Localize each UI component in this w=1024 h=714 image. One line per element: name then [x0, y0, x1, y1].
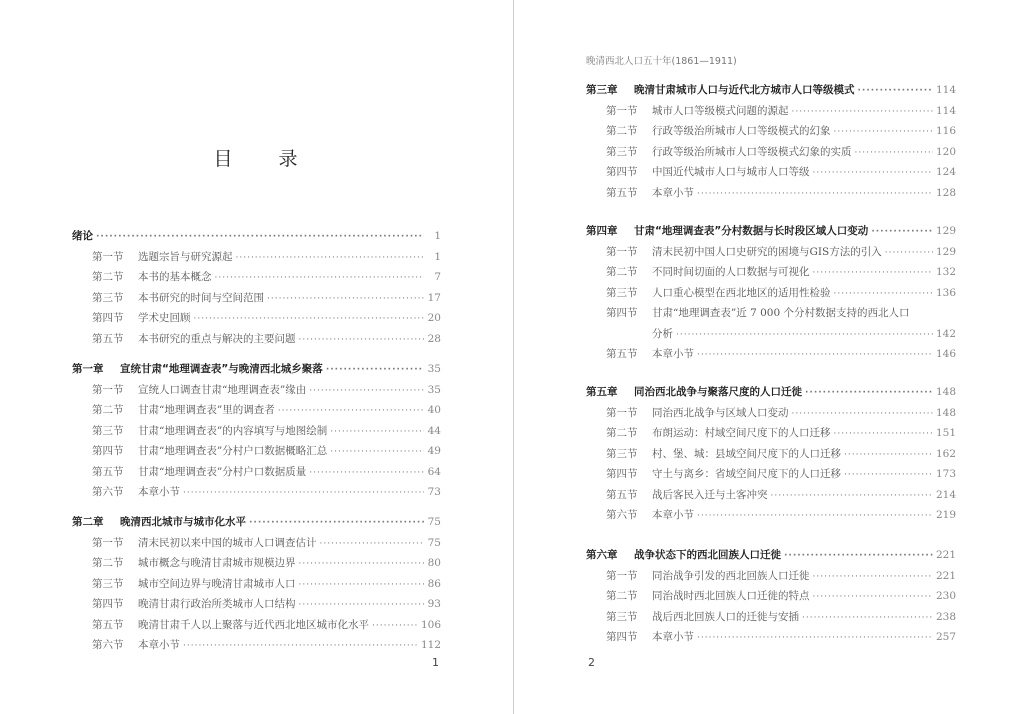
toc-group-chapter-5: 第五章 同治西北战争与聚落尺度的人口迁徙 148 第一节 同治西北战争与区域人口…: [586, 382, 956, 526]
entry-page-number: 64: [427, 462, 441, 483]
leader-dots: [697, 345, 933, 365]
entry-page-number: 148: [936, 382, 956, 403]
entry-label: 本书研究的时间与空间范围: [138, 288, 264, 309]
toc-entry-chapter[interactable]: 第五章 同治西北战争与聚落尺度的人口迁徙 148: [586, 382, 956, 403]
leader-dots: [372, 616, 418, 636]
leader-dots: [299, 330, 425, 350]
entry-page-number: 257: [936, 627, 956, 648]
toc-entry[interactable]: 第六节 本章小节 112: [72, 635, 441, 656]
entry-page-number: 1: [427, 226, 441, 247]
toc-title: 目录: [0, 144, 513, 171]
section-number: 第三节: [606, 444, 652, 465]
entry-page-number: 214: [936, 485, 956, 506]
leader-dots: [309, 381, 424, 401]
section-number: 第一节: [92, 533, 138, 554]
entry-label: 清末民初以来中国的城市人口调查估计: [138, 533, 317, 554]
toc-entry[interactable]: 第三节 战后西北回族人口的迁徙与安插 238: [586, 607, 956, 628]
entry-label: 行政等级治所城市人口等级模式幻象的实质: [652, 142, 852, 163]
entry-label: 本章小节: [652, 627, 694, 648]
leader-dots: [792, 404, 933, 424]
section-number: 第二节: [606, 423, 652, 444]
chapter-number: 第四章: [586, 221, 634, 242]
toc-entry[interactable]: 第四节 守土与离乡：省域空间尺度下的人口迁移 173: [586, 464, 956, 485]
section-number: 第三节: [606, 607, 652, 628]
leader-dots: [834, 122, 933, 142]
entry-page-number: 148: [936, 403, 956, 424]
toc-entry[interactable]: 第二节 行政等级治所城市人口等级模式的幻象 116: [586, 121, 956, 142]
entry-label: 同治西北战争与聚落尺度的人口迁徙: [634, 382, 802, 403]
toc-entry-chapter[interactable]: 第四章 甘肃“地理调查表”分村数据与长时段区域人口变动 129: [586, 221, 956, 242]
entry-page-number: 40: [427, 400, 441, 421]
entry-label: 不同时间切面的人口数据与可视化: [652, 262, 810, 283]
toc-entry[interactable]: 第六节 本章小节 219: [586, 505, 956, 526]
section-number: 第六节: [92, 635, 138, 656]
entry-label: 行政等级治所城市人口等级模式的幻象: [652, 121, 831, 142]
leader-dots: [183, 636, 418, 656]
running-header: 晚清西北人口五十年(1861—1911): [586, 53, 737, 67]
leader-dots: [834, 284, 933, 304]
section-number: 第二节: [606, 121, 652, 142]
entry-label: 同治战时西北回族人口迁徙的特点: [652, 586, 810, 607]
leader-dots: [278, 401, 424, 421]
leader-dots: [309, 463, 424, 483]
leader-dots: [855, 143, 933, 163]
leader-dots: [813, 567, 933, 587]
entry-page-number: 35: [427, 359, 441, 380]
leader-dots: [813, 263, 933, 283]
toc-entry-chapter[interactable]: 第二章 晚清西北城市与城市化水平 75: [72, 512, 441, 533]
section-number: 第二节: [92, 400, 138, 421]
toc-entry[interactable]: 第四节 本章小节 257: [586, 627, 956, 648]
section-number: 第五节: [92, 615, 138, 636]
entry-label: 城市人口等级模式问题的源起: [652, 101, 789, 122]
section-number: 第五节: [606, 183, 652, 204]
entry-label: 守土与离乡：省域空间尺度下的人口迁移: [652, 464, 841, 485]
entry-label: 甘肃“地理调查表”里的调查者: [138, 400, 275, 421]
leader-dots: [813, 587, 933, 607]
leader-dots: [834, 424, 933, 444]
chapter-number: 第一章: [72, 359, 120, 380]
leader-dots: [697, 628, 933, 648]
entry-page-number: 129: [936, 242, 956, 263]
entry-page-number: 17: [427, 288, 441, 309]
section-number: 第四节: [606, 627, 652, 648]
toc-entry[interactable]: 第三节 城市空间边界与晚清甘肃城市人口 86: [72, 574, 441, 595]
entry-page-number: 80: [427, 553, 441, 574]
entry-label: 同治西北战争与区域人口变动: [652, 403, 789, 424]
section-number: 第三节: [92, 288, 138, 309]
entry-label: 中国近代城市人口与城市人口等级: [652, 162, 810, 183]
leader-dots: [858, 81, 933, 101]
toc-entry[interactable]: 第二节 不同时间切面的人口数据与可视化 132: [586, 262, 956, 283]
entry-page-number: 221: [936, 545, 956, 566]
toc-entry[interactable]: 第四节 中国近代城市人口与城市人口等级 124: [586, 162, 956, 183]
entry-label: 甘肃“地理调查表”分村数据与长时段区域人口变动: [634, 221, 868, 242]
entry-label: 宣统甘肃“地理调查表”与晚清西北城乡聚落: [120, 359, 323, 380]
toc-entry[interactable]: 第四节 学术史回顾 20: [72, 308, 441, 329]
entry-page-number: 132: [936, 262, 956, 283]
toc-entry[interactable]: 第一节 选题宗旨与研究源起 1: [72, 247, 441, 268]
leader-dots: [813, 163, 933, 183]
leader-dots: [299, 554, 425, 574]
entry-label: 本章小节: [138, 482, 180, 503]
entry-page-number: 221: [936, 566, 956, 587]
toc-title-char-1: 目: [213, 144, 234, 171]
toc-entry[interactable]: 第五节 本章小节 146: [586, 344, 956, 365]
entry-label: 晚清甘肃城市人口与近代北方城市人口等级模式: [634, 80, 855, 101]
entry-page-number: 173: [936, 464, 956, 485]
entry-label: 晚清西北城市与城市化水平: [120, 512, 246, 533]
toc-entry[interactable]: 第一节 清末民初以来中国的城市人口调查估计 75: [72, 533, 441, 554]
toc-group-chapter-1: 第一章 宣统甘肃“地理调查表”与晚清西北城乡聚落 35 第一节 宣统人口调查甘肃…: [72, 359, 441, 503]
entry-page-number: 1: [427, 247, 441, 268]
section-number: 第一节: [92, 380, 138, 401]
section-number: 第四节: [606, 303, 652, 324]
toc-entry[interactable]: 第四节 晚清甘肃行政治所类城市人口结构 93: [72, 594, 441, 615]
entry-label: 城市空间边界与晚清甘肃城市人口: [138, 574, 296, 595]
leader-dots: [330, 422, 424, 442]
leader-dots: [697, 506, 933, 526]
entry-label: 本章小节: [652, 505, 694, 526]
chapter-number: 第五章: [586, 382, 634, 403]
entry-page-number: 116: [936, 121, 956, 142]
toc-entry[interactable]: 第三节 人口重心模型在西北地区的适用性检验 136: [586, 283, 956, 304]
entry-label: 同治战争引发的西北回族人口迁徙: [652, 566, 810, 587]
toc-group-chapter-6: 第六章 战争状态下的西北回族人口迁徙 221 第一节 同治战争引发的西北回族人口…: [586, 545, 956, 648]
entry-label: 本章小节: [652, 183, 694, 204]
section-number: 第二节: [606, 262, 652, 283]
leader-dots: [320, 534, 425, 554]
chapter-number: 第二章: [72, 512, 120, 533]
leader-dots: [267, 289, 424, 309]
entry-page-number: 112: [421, 635, 441, 656]
chapter-number: 第六章: [586, 545, 634, 566]
leader-dots: [194, 309, 425, 329]
toc-entry[interactable]: 第二节 同治战时西北回族人口迁徙的特点 230: [586, 586, 956, 607]
section-number: 第五节: [606, 485, 652, 506]
section-number: 第二节: [606, 586, 652, 607]
page-number-left: 1: [432, 656, 439, 669]
toc-entry[interactable]: 第一节 清末民初中国人口史研究的困境与GIS方法的引入 129: [586, 242, 956, 263]
toc-entry[interactable]: 第三节 本书研究的时间与空间范围 17: [72, 288, 441, 309]
entry-page-number: 219: [936, 505, 956, 526]
toc-group-chapter-2: 第二章 晚清西北城市与城市化水平 75 第一节 清末民初以来中国的城市人口调查估…: [72, 512, 441, 656]
entry-page-number: 28: [427, 329, 441, 350]
entry-page-number: 129: [936, 221, 956, 242]
leader-dots: [236, 248, 425, 268]
entry-page-number: 136: [936, 283, 956, 304]
toc-title-char-2: 录: [279, 144, 300, 171]
toc-entry[interactable]: 第一节 同治西北战争与区域人口变动 148: [586, 403, 956, 424]
entry-page-number: 146: [936, 344, 956, 365]
section-number: 第四节: [92, 441, 138, 462]
entry-page-number: 114: [936, 101, 956, 122]
toc-entry-chapter[interactable]: 第六章 战争状态下的西北回族人口迁徙 221: [586, 545, 956, 566]
leader-dots: [871, 222, 933, 242]
section-number: 第一节: [92, 247, 138, 268]
leader-dots: [885, 243, 933, 263]
entry-label: 布朗运动：村域空间尺度下的人口迁移: [652, 423, 831, 444]
entry-label: 战争状态下的西北回族人口迁徙: [634, 545, 781, 566]
toc-entry[interactable]: 第二节 城市概念与晚清甘肃城市规模边界 80: [72, 553, 441, 574]
section-number: 第三节: [606, 142, 652, 163]
entry-label: 选题宗旨与研究源起: [138, 247, 233, 268]
left-page: 目录 绪论 1 第一节 选题宗旨与研究源起 1 第二节 本书的基本概念 7 第三…: [0, 0, 513, 714]
leader-dots: [844, 445, 933, 465]
leader-dots: [771, 486, 933, 506]
entry-page-number: 75: [427, 512, 441, 533]
section-number: 第二节: [92, 553, 138, 574]
leader-dots: [802, 608, 933, 628]
toc-entry[interactable]: 第二节 甘肃“地理调查表”里的调查者 40: [72, 400, 441, 421]
toc-group-intro: 绪论 1 第一节 选题宗旨与研究源起 1 第二节 本书的基本概念 7 第三节 本…: [72, 226, 441, 349]
entry-label: 甘肃“地理调查表”分村户口数据质量: [138, 462, 306, 483]
leader-dots: [792, 102, 933, 122]
entry-page-number: 114: [936, 80, 956, 101]
leader-dots: [697, 184, 933, 204]
toc-entry[interactable]: 第二节 布朗运动：村域空间尺度下的人口迁移 151: [586, 423, 956, 444]
toc-entry[interactable]: 第五节 本书研究的重点与解决的主要问题 28: [72, 329, 441, 350]
section-number: 第三节: [92, 574, 138, 595]
toc-entry[interactable]: 第六节 本章小节 73: [72, 482, 441, 503]
section-number: 第三节: [606, 283, 652, 304]
section-number: 第四节: [606, 162, 652, 183]
leader-dots: [183, 483, 424, 503]
entry-label: 城市概念与晚清甘肃城市规模边界: [138, 553, 296, 574]
section-number: 第六节: [92, 482, 138, 503]
entry-label: 村、堡、城：县域空间尺度下的人口迁移: [652, 444, 841, 465]
section-number: 第五节: [92, 329, 138, 350]
section-number: 第六节: [606, 505, 652, 526]
section-number: 第四节: [92, 594, 138, 615]
leader-dots: [249, 513, 424, 533]
entry-label: 战后客民入迁与土客冲突: [652, 485, 768, 506]
toc-entry[interactable]: 第四节 甘肃“地理调查表”近 7 000 个分村数据支持的西北人口: [586, 303, 956, 324]
entry-label: 晚清甘肃行政治所类城市人口结构: [138, 594, 296, 615]
leader-dots: [299, 575, 425, 595]
entry-label: 分析: [652, 324, 673, 345]
entry-page-number: 86: [427, 574, 441, 595]
entry-page-number: 151: [936, 423, 956, 444]
entry-label: 甘肃“地理调查表”的内容填写与地图绘制: [138, 421, 327, 442]
leader-dots: [330, 442, 424, 462]
toc-entry[interactable]: 第三节 甘肃“地理调查表”的内容填写与地图绘制 44: [72, 421, 441, 442]
section-number: 第三节: [92, 421, 138, 442]
entry-page-number: 230: [936, 586, 956, 607]
entry-page-number: 106: [421, 615, 441, 636]
toc-entry[interactable]: 第二节 本书的基本概念 7: [72, 267, 441, 288]
section-number: 第五节: [92, 462, 138, 483]
toc-entry[interactable]: 第三节 村、堡、城：县域空间尺度下的人口迁移 162: [586, 444, 956, 465]
toc-entry[interactable]: 第四节 甘肃“地理调查表”分村户口数据概略汇总 49: [72, 441, 441, 462]
section-number: 第一节: [606, 566, 652, 587]
section-number: 第二节: [92, 267, 138, 288]
leader-dots: [326, 360, 424, 380]
section-number: 第一节: [606, 242, 652, 263]
toc-entry[interactable]: 第一节 宣统人口调查甘肃“地理调查表”缘由 35: [72, 380, 441, 401]
leader-dots: [96, 227, 424, 247]
leader-dots: [299, 595, 425, 615]
entry-label: 本书的基本概念: [138, 267, 212, 288]
entry-page-number: 44: [427, 421, 441, 442]
toc-entry[interactable]: 第五节 本章小节 128: [586, 183, 956, 204]
section-number: 第四节: [606, 464, 652, 485]
section-number: 第一节: [606, 101, 652, 122]
entry-page-number: 128: [936, 183, 956, 204]
entry-label: 清末民初中国人口史研究的困境与GIS方法的引入: [652, 242, 882, 263]
entry-page-number: 73: [427, 482, 441, 503]
entry-label: 本书研究的重点与解决的主要问题: [138, 329, 296, 350]
entry-page-number: 35: [427, 380, 441, 401]
toc-entry-chapter[interactable]: 第三章 晚清甘肃城市人口与近代北方城市人口等级模式 114: [586, 80, 956, 101]
toc-entry[interactable]: 第三节 行政等级治所城市人口等级模式幻象的实质 120: [586, 142, 956, 163]
toc-group-chapter-3: 第三章 晚清甘肃城市人口与近代北方城市人口等级模式 114 第一节 城市人口等级…: [586, 80, 956, 203]
section-number: 第五节: [606, 344, 652, 365]
toc-entry[interactable]: 第五节 战后客民入迁与土客冲突 214: [586, 485, 956, 506]
toc-entry[interactable]: 第一节 城市人口等级模式问题的源起 114: [586, 101, 956, 122]
leader-dots: [805, 383, 933, 403]
toc-entry-continuation[interactable]: 分析 142: [586, 324, 956, 345]
section-number: 第一节: [606, 403, 652, 424]
toc-entry-chapter[interactable]: 第一章 宣统甘肃“地理调查表”与晚清西北城乡聚落 35: [72, 359, 441, 380]
entry-page-number: 7: [427, 267, 441, 288]
entry-label: 晚清甘肃千人以上聚落与近代西北地区城市化水平: [138, 615, 369, 636]
page-number-right: 2: [588, 656, 595, 669]
entry-label: 战后西北回族人口的迁徙与安插: [652, 607, 799, 628]
entry-page-number: 49: [427, 441, 441, 462]
leader-dots: [784, 546, 933, 566]
section-number: 第四节: [92, 308, 138, 329]
toc-group-chapter-4: 第四章 甘肃“地理调查表”分村数据与长时段区域人口变动 129 第一节 清末民初…: [586, 221, 956, 365]
entry-label: 甘肃“地理调查表”分村户口数据概略汇总: [138, 441, 327, 462]
chapter-number: 第三章: [586, 80, 634, 101]
toc-entry[interactable]: 第五节 甘肃“地理调查表”分村户口数据质量 64: [72, 462, 441, 483]
entry-page-number: 120: [936, 142, 956, 163]
entry-label: 甘肃“地理调查表”近 7 000 个分村数据支持的西北人口: [652, 303, 909, 324]
entry-label: 绪论: [72, 226, 93, 247]
entry-page-number: 124: [936, 162, 956, 183]
entry-label: 宣统人口调查甘肃“地理调查表”缘由: [138, 380, 306, 401]
entry-page-number: 238: [936, 607, 956, 628]
toc-entry[interactable]: 第五节 晚清甘肃千人以上聚落与近代西北地区城市化水平 106: [72, 615, 441, 636]
entry-page-number: 162: [936, 444, 956, 465]
toc-entry[interactable]: 第一节 同治战争引发的西北回族人口迁徙 221: [586, 566, 956, 587]
leader-dots: [215, 268, 425, 288]
entry-label: 本章小节: [138, 635, 180, 656]
leader-dots: [844, 465, 933, 485]
entry-page-number: 142: [936, 324, 956, 345]
leader-dots: [676, 325, 933, 345]
entry-page-number: 20: [427, 308, 441, 329]
entry-page-number: 75: [427, 533, 441, 554]
entry-label: 人口重心模型在西北地区的适用性检验: [652, 283, 831, 304]
entry-label: 本章小节: [652, 344, 694, 365]
entry-label: 学术史回顾: [138, 308, 191, 329]
entry-page-number: 93: [427, 594, 441, 615]
toc-entry-intro[interactable]: 绪论 1: [72, 226, 441, 247]
